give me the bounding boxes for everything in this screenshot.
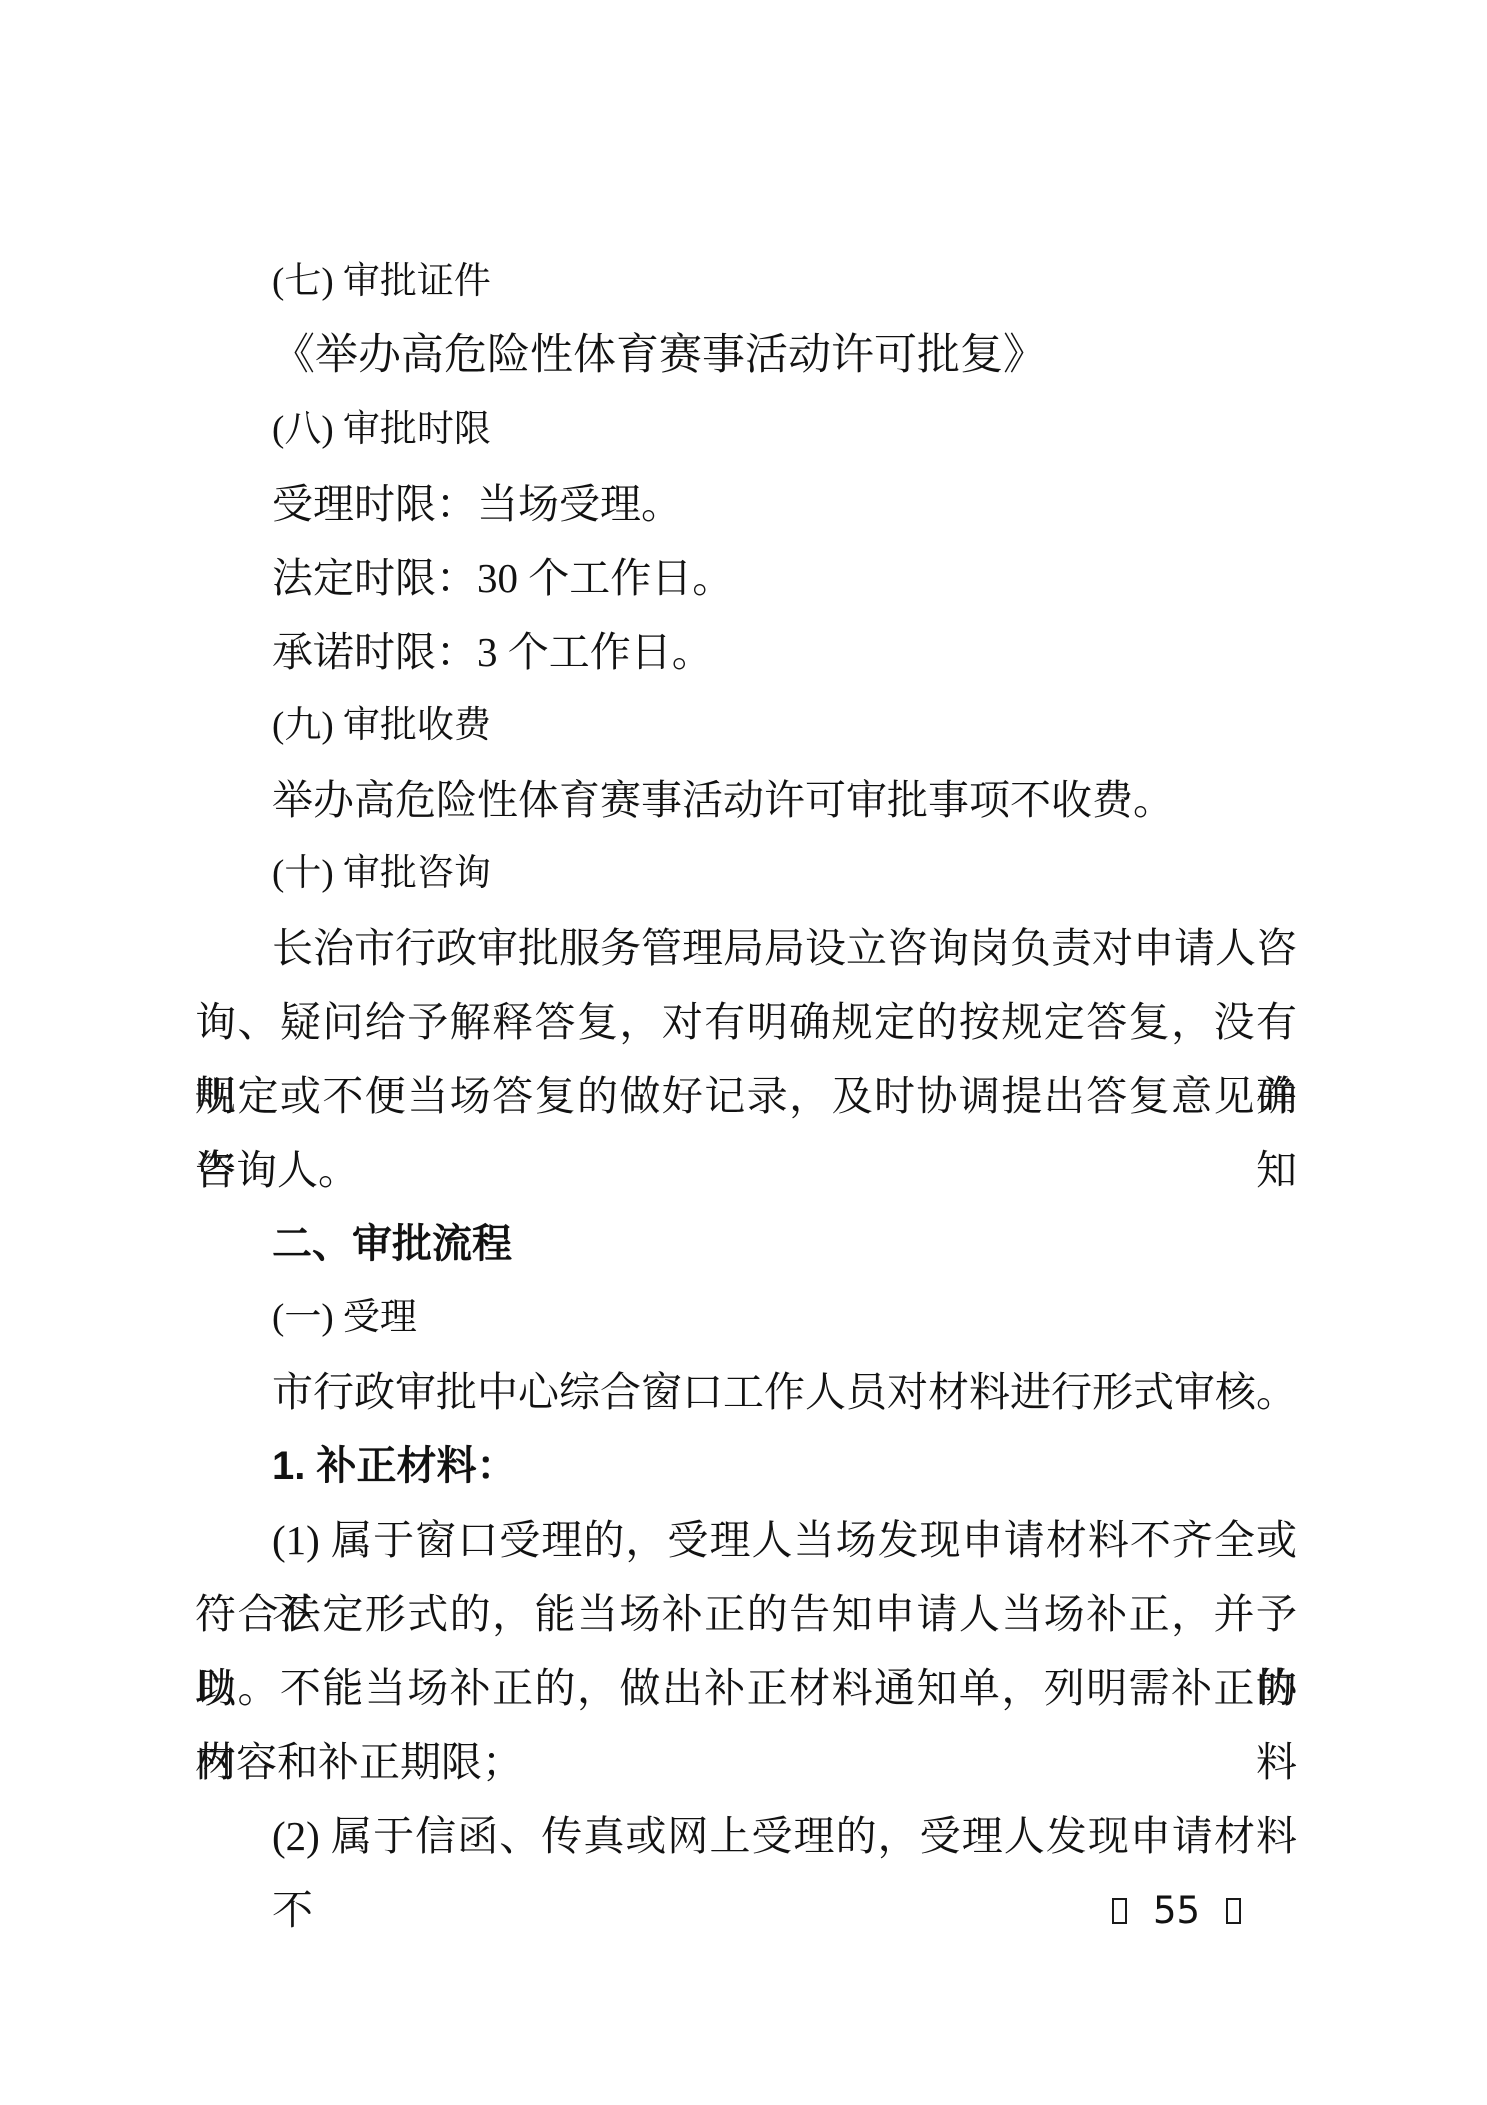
page-number: 55 [1153,1884,1200,1938]
heading-acceptance: (一) 受理 [272,1281,417,1355]
heading-approval-certificate: (七) 审批证件 [272,245,491,319]
heading-approval-fees: (九) 审批收费 [272,689,491,763]
promised-time-limit: 承诺时限：3 个工作日。 [272,615,713,689]
supplement-item-1-line-4: 内容和补正期限； [195,1725,523,1799]
acceptance-time-limit: 受理时限：当场受理。 [272,467,682,541]
consultation-paragraph-line-3: 规定或不便当场答复的做好记录，及时协调提出答复意见并告知 [195,1059,1297,1133]
heading-supplement-materials: 1. 补正材料： [272,1429,516,1503]
supplement-item-1-line-3: 助。不能当场补正的，做出补正材料通知单，列明需补正的材料 [195,1651,1297,1725]
consultation-paragraph-line-4: 咨询人。 [195,1133,359,1207]
acceptance-description: 市行政审批中心综合窗口工作人员对材料进行形式审核。 [272,1355,1297,1429]
heading-approval-process: 二、审批流程 [272,1207,512,1281]
consultation-paragraph-line-2: 询、疑问给予解释答复，对有明确规定的按规定答复，没有明确 [195,985,1297,1059]
missing-glyph-box-icon [1226,1898,1241,1924]
supplement-item-1-line-2: 符合法定形式的，能当场补正的告知申请人当场补正，并予以协 [195,1577,1297,1651]
page-footer: 55 [1112,1884,1241,1938]
document-page: (七) 审批证件 《举办高危险性体育赛事活动许可批复》 (八) 审批时限 受理时… [0,0,1487,2105]
certificate-name: 《举办高危险性体育赛事活动许可批复》 [272,319,1046,393]
heading-approval-time-limit: (八) 审批时限 [272,393,491,467]
heading-approval-consultation: (十) 审批咨询 [272,837,491,911]
statutory-time-limit: 法定时限：30 个工作日。 [272,541,733,615]
fee-statement: 举办高危险性体育赛事活动许可审批事项不收费。 [272,763,1174,837]
supplement-item-2-line-1: (2) 属于信函、传真或网上受理的，受理人发现申请材料不 [272,1799,1297,1873]
consultation-paragraph-line-1: 长治市行政审批服务管理局局设立咨询岗负责对申请人咨 [272,911,1297,985]
supplement-item-1-line-1: (1) 属于窗口受理的，受理人当场发现申请材料不齐全或不 [272,1503,1297,1577]
missing-glyph-box-icon [1112,1898,1127,1924]
